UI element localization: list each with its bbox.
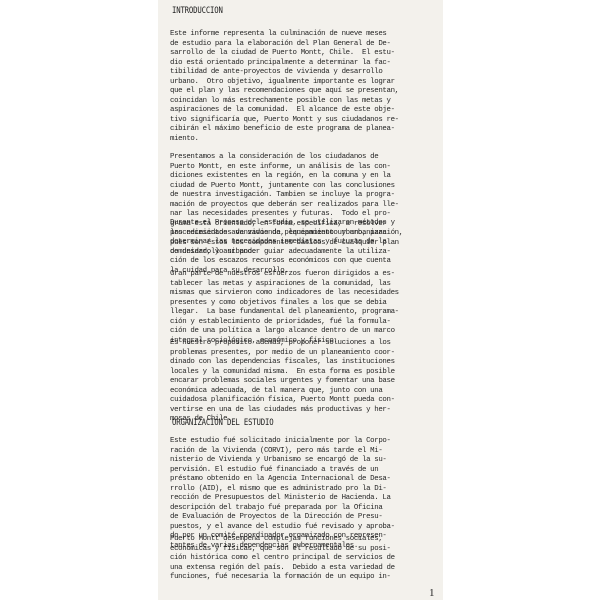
paragraph-intro-3: Durante el Proceso del estudio, se utili… [170, 219, 440, 276]
paragraph-intro-1: Este informe representa la culminación d… [170, 30, 440, 145]
section-heading-introduccion: INTRODUCCION [172, 6, 223, 16]
section-heading-organizacion: ORGANIZACION DEL ESTUDIO [172, 418, 273, 428]
paragraph-intro-4: Gran parte de nuestros esfuerzos fueron … [170, 270, 440, 346]
paragraph-org-2: Puerto Montt desempeña complejas funcion… [170, 535, 440, 583]
page-number: 1 [429, 587, 435, 599]
paragraph-intro-5: Es nuestro proposito además, proponer so… [170, 339, 440, 425]
